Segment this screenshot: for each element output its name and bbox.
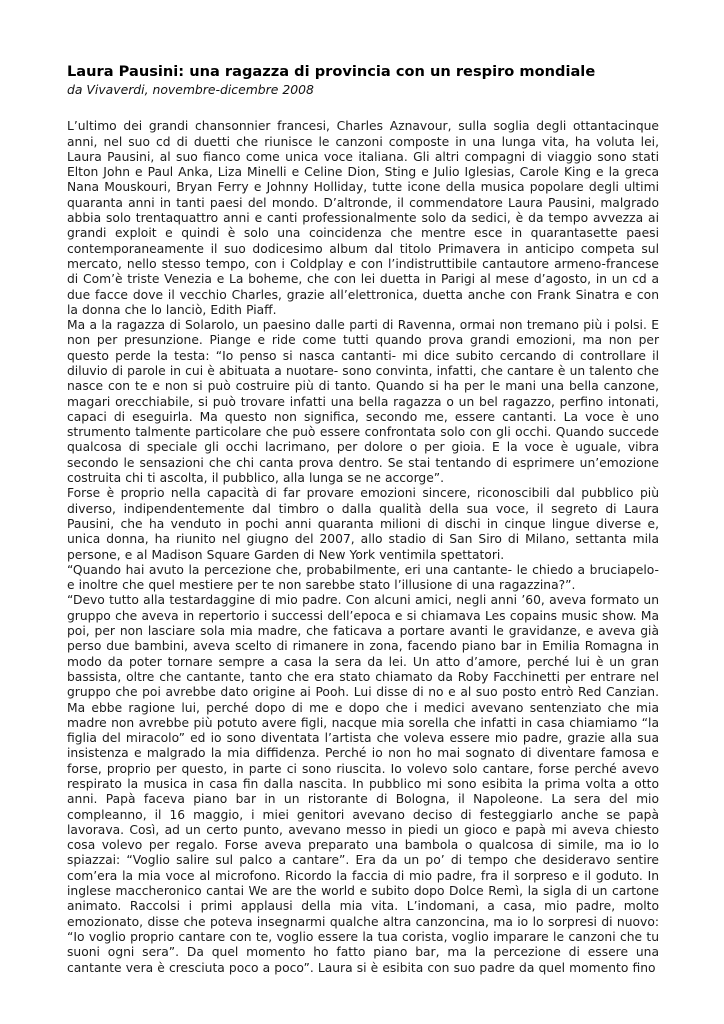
paragraph: L’ultimo dei grandi chansonnier francesi… bbox=[67, 119, 659, 318]
document-page: Laura Pausini: una ragazza di provincia … bbox=[0, 0, 724, 1024]
article-body: L’ultimo dei grandi chansonnier francesi… bbox=[67, 119, 659, 976]
paragraph: Ma a la ragazza di Solarolo, un paesino … bbox=[67, 318, 659, 486]
paragraph: Forse è proprio nella capacità di far pr… bbox=[67, 486, 659, 562]
article-content: Laura Pausini: una ragazza di provincia … bbox=[67, 63, 659, 976]
paragraph: “Devo tutto alla testardaggine di mio pa… bbox=[67, 593, 659, 975]
paragraph: “Quando hai avuto la percezione che, pro… bbox=[67, 563, 659, 594]
article-source: da Vivaverdi, novembre-dicembre 2008 bbox=[67, 82, 659, 97]
article-title: Laura Pausini: una ragazza di provincia … bbox=[67, 63, 659, 81]
